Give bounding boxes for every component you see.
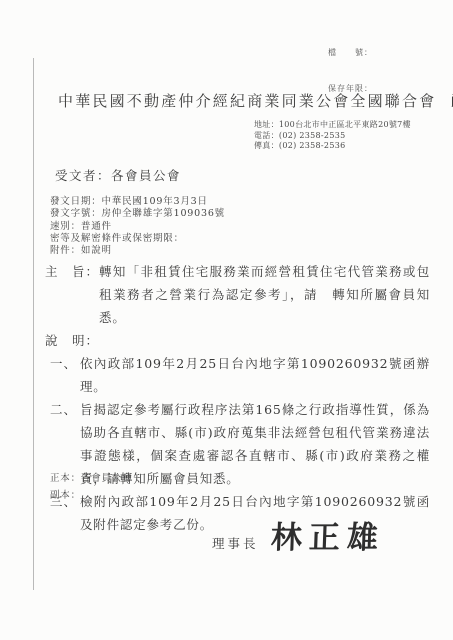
copies-block: 正本：各會員公會 副本： <box>50 470 132 504</box>
signer-name-signature: 林正雄 <box>270 512 386 557</box>
contact-block: 地址：100台北市中正區北平東路20號7樓 電話：(02) 2358-2535 … <box>254 120 411 152</box>
issue-date-line: 發文日期：中華民國109年3月3日 <box>50 196 225 208</box>
doc-number-line: 發文字號：房仲全聯雄字第109036號 <box>50 208 225 220</box>
duplicate-copy-line: 副本： <box>50 487 132 504</box>
official-letter-page: 檔 號： 保存年限： 中華民國不動產仲介經紀商業同業公會全國聯合會 函 地址：1… <box>0 0 453 640</box>
item-text: 依內政部109年2月25日台內地字第1090260932號函辦理。 <box>80 352 430 398</box>
meta-block: 發文日期：中華民國109年3月3日 發文字號：房仲全聯雄字第109036號 速別… <box>50 196 225 257</box>
phone-line: 電話：(02) 2358-2535 <box>254 131 411 142</box>
fax-line: 傳真：(02) 2358-2536 <box>254 141 411 152</box>
item-number: 二、 <box>50 398 80 421</box>
subject-label: 主 旨： <box>45 260 99 283</box>
subject-text: 轉知「非租賃住宅服務業而經營租賃住宅代管業務或包租業務者之營業行為認定參考」，請… <box>99 260 430 329</box>
speed-line: 速別：普通件 <box>50 221 225 233</box>
signer-title: 理事長 <box>212 534 259 552</box>
document-title-row: 中華民國不動產仲介經紀商業同業公會全國聯合會 函 <box>58 90 433 111</box>
address-line: 地址：100台北市中正區北平東路20號7樓 <box>254 120 411 131</box>
item-number: 一、 <box>50 352 80 375</box>
explanation-item-1: 一、 依內政部109年2月25日台內地字第1090260932號函辦理。 <box>50 352 430 398</box>
file-number-label: 檔 號： <box>328 47 373 59</box>
signature-row: 理事長 林正雄 <box>212 512 385 557</box>
attachment-line: 附件：如說明 <box>50 245 225 257</box>
original-copy-line: 正本：各會員公會 <box>50 470 132 487</box>
security-line: 密等及解密條件或保密期限： <box>50 233 225 245</box>
recipient-line: 受文者：各會員公會 <box>55 166 181 184</box>
explanation-label: 說 明： <box>45 329 430 352</box>
scan-edge-line <box>33 58 34 590</box>
item-text: 旨揭認定參考屬行政程序法第165條之行政指導性質，係為協助各直轄市、縣(市)政府… <box>80 398 430 490</box>
organization-title: 中華民國不動產仲介經紀商業同業公會全國聯合會 <box>58 90 436 111</box>
subject-paragraph: 主 旨： 轉知「非租賃住宅服務業而經營租賃住宅代管業務或包租業務者之營業行為認定… <box>45 260 430 329</box>
